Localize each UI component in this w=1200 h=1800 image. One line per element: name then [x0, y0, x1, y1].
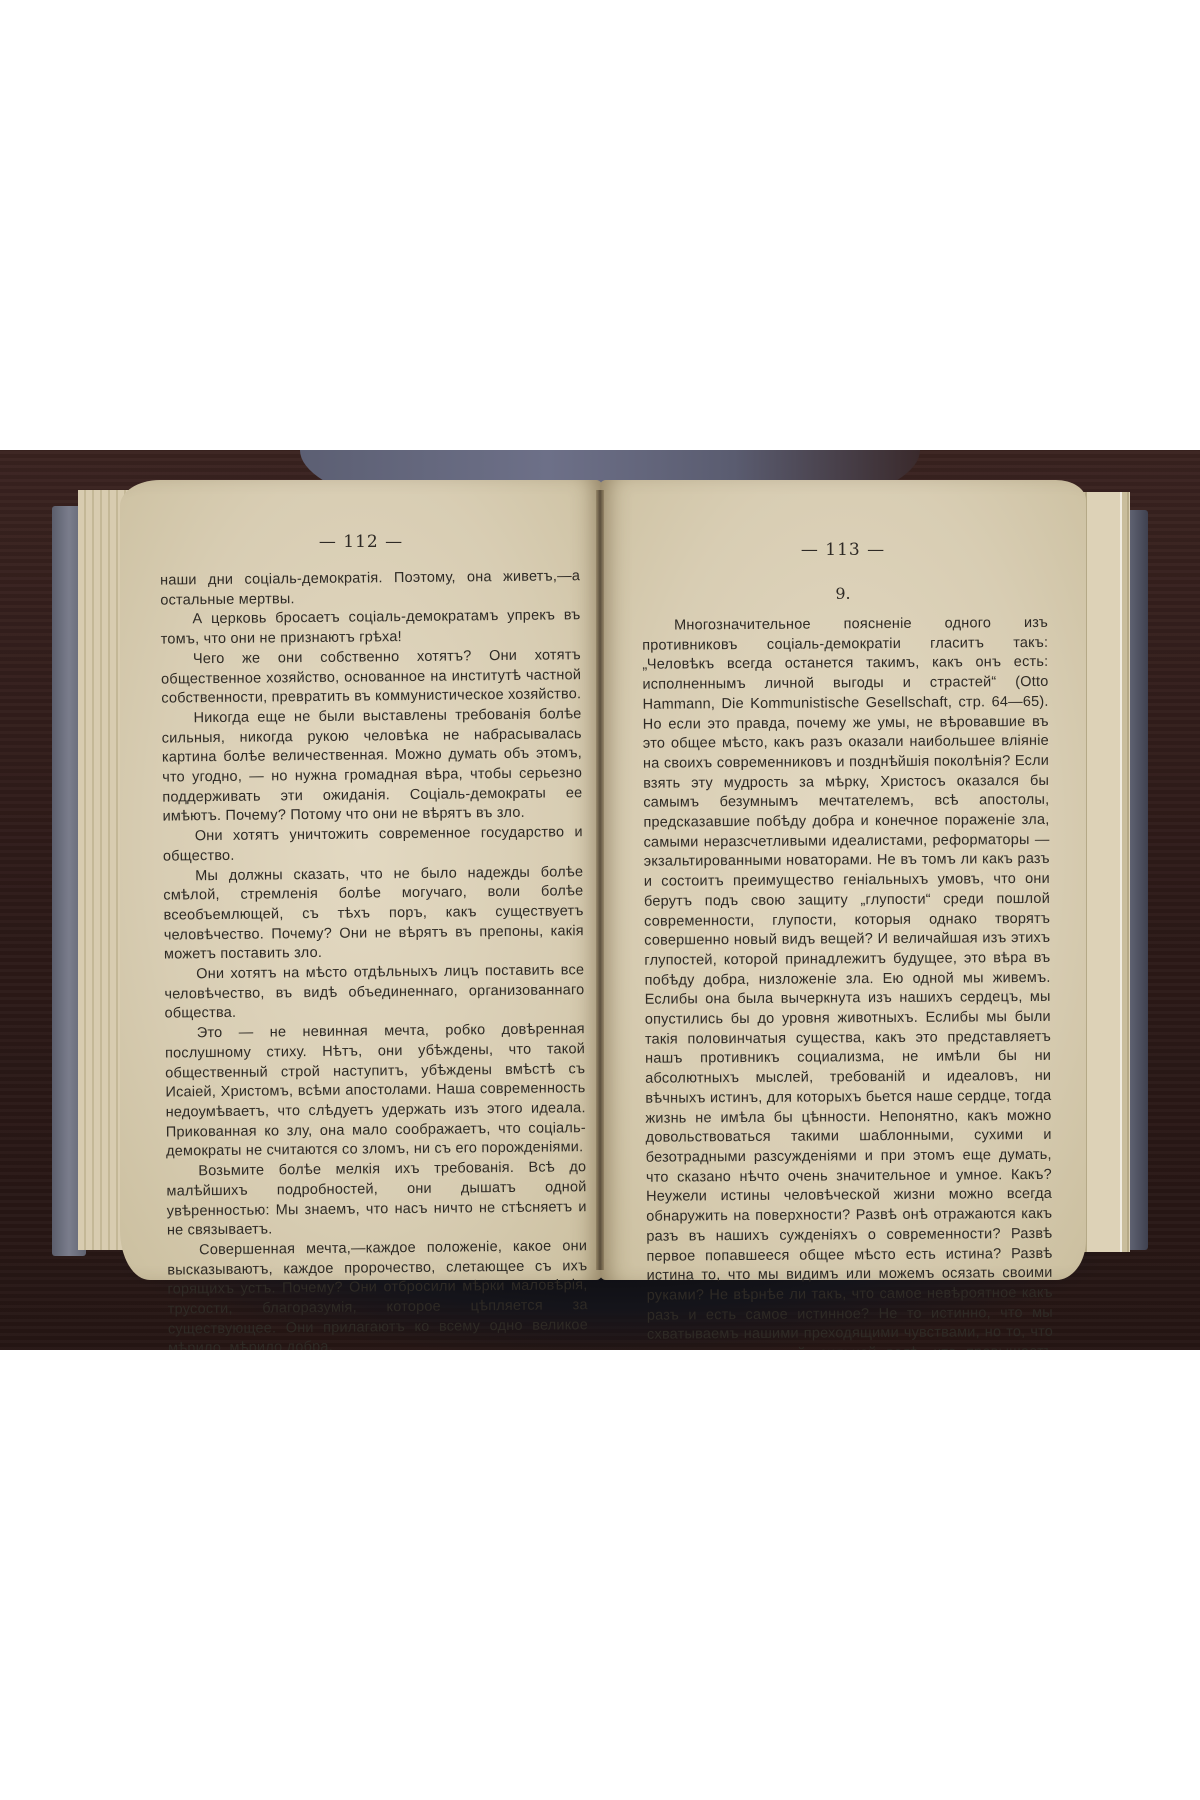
- paragraph: Это — не невинная мечта, робко довѣренна…: [165, 1020, 586, 1162]
- paragraph: наши дни соціаль-демократія. Поэтому, он…: [160, 567, 580, 611]
- paragraph: Они хотятъ уничтожить современное госуда…: [163, 823, 583, 867]
- paragraph: Чего же они собственно хотятъ? Они хотят…: [161, 646, 582, 710]
- paragraph: Мы должны сказать, что не было надежды б…: [163, 863, 584, 966]
- right-page-text: Многозначительное поясненіе одного изъ п…: [600, 614, 1092, 1350]
- paragraph: Возьмите болѣе мелкія ихъ требованія. Вс…: [166, 1158, 587, 1241]
- right-page: — 113 — 9. Многозначительное поясненіе о…: [600, 480, 1086, 1280]
- page-number-right: — 113 —: [600, 540, 1086, 560]
- paragraph: Многозначительное поясненіе одного изъ п…: [642, 614, 1053, 1350]
- chapter-number: 9.: [600, 584, 1086, 603]
- page-number-left: — 112 —: [120, 532, 602, 552]
- left-page-text: наши дни соціаль-демократія. Поэтому, он…: [120, 567, 611, 1350]
- book-photo: — 112 — наши дни соціаль-демократія. Поэ…: [0, 450, 1200, 1350]
- paragraph: А церковь бросаетъ соціаль-демократамъ у…: [160, 607, 580, 651]
- book-gutter: [596, 490, 604, 1270]
- paragraph: Они хотятъ на мѣсто отдѣльныхъ лицъ пост…: [164, 961, 585, 1025]
- left-page: — 112 — наши дни соціаль-демократія. Поэ…: [120, 480, 602, 1280]
- paragraph: Никогда еще не были выставлены требовані…: [161, 705, 582, 828]
- paragraph: Совершенная мечта,—каждое положеніе, как…: [167, 1237, 588, 1350]
